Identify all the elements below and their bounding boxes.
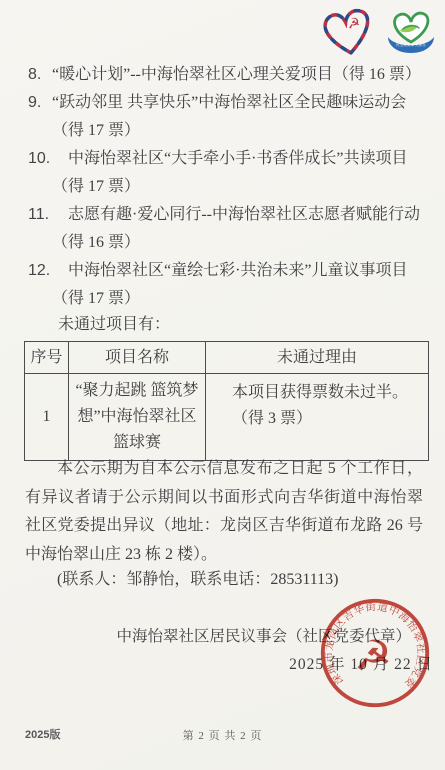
item-votes: （得 16 票）	[333, 66, 421, 83]
list-item: 9.“跃动邻里 共享快乐”中海怡翠社区全民趣味运动会 （得 17 票）	[25, 89, 431, 145]
approved-project-list: 8.“暖心计划”--中海怡翠社区心理关爱项目（得 16 票） 9.“跃动邻里 共…	[25, 61, 431, 313]
rejected-projects-heading: 未通过项目有：	[58, 311, 170, 339]
list-item: 10.中海怡翠社区“大手牵小手·书香伴成长”共读项目 （得 17 票）	[25, 145, 431, 201]
seal-emblem-icon: ☭	[354, 632, 392, 681]
item-number: 8.	[28, 61, 52, 89]
item-title: 中海怡翠社区“童绘七彩·共治未来”儿童议事项目	[68, 262, 408, 279]
item-votes: （得 16 票）	[25, 229, 431, 257]
item-number: 10.	[28, 145, 68, 173]
reason-line: 本项目获得票数未过半。	[232, 380, 424, 406]
cell-project-name: “聚力起跳 篮筑梦想”中海怡翠社区篮球赛	[69, 374, 206, 461]
footer-page-number: 第 2 页 共 2 页	[0, 727, 445, 743]
col-header-name: 项目名称	[69, 342, 206, 374]
item-votes: （得 17 票）	[25, 117, 431, 145]
col-header-reason: 未通过理由	[206, 342, 429, 374]
item-number: 9.	[28, 89, 52, 117]
item-votes: （得 17 票）	[25, 285, 431, 313]
list-item: 11.志愿有趣·爱心同行--中海怡翠社区志愿者赋能行动 （得 16 票）	[25, 201, 431, 257]
item-number: 12.	[28, 257, 68, 285]
item-title: 志愿有趣·爱心同行--中海怡翠社区志愿者赋能行动	[68, 206, 420, 223]
cell-no: 1	[25, 374, 69, 461]
party-emblem-icon: ☭	[347, 15, 362, 33]
table-header-row: 序号 项目名称 未通过理由	[25, 342, 429, 374]
list-item: 8.“暖心计划”--中海怡翠社区心理关爱项目（得 16 票）	[25, 61, 431, 89]
list-item: 12.中海怡翠社区“童绘七彩·共治未来”儿童议事项目 （得 17 票）	[25, 257, 431, 313]
item-votes: （得 17 票）	[25, 173, 431, 201]
item-title: 中海怡翠社区“大手牵小手·书香伴成长”共读项目	[68, 150, 408, 167]
item-title: “跃动邻里 共享快乐”中海怡翠社区全民趣味运动会	[52, 94, 406, 111]
table-row: 1 “聚力起跳 篮筑梦想”中海怡翠社区篮球赛 本项目获得票数未过半。 （得 3 …	[25, 374, 429, 461]
col-header-no: 序号	[25, 342, 69, 374]
rejected-projects-table: 序号 项目名称 未通过理由 1 “聚力起跳 篮筑梦想”中海怡翠社区篮球赛 本项目…	[24, 341, 429, 461]
notice-page: ☭ 民生微实事 大家办 8.“暖心计划”--中海怡翠社区心理关爱项目（得 16 …	[0, 0, 445, 770]
item-number: 11.	[28, 201, 68, 229]
official-seal-stamp: 深圳市龙岗区吉华街道中海怡翠社区党委员会 ☭	[317, 595, 433, 711]
reason-votes: （得 3 票）	[232, 406, 424, 432]
notice-paragraph: 本公示期为自本公示信息发布之日起 5 个工作日，有异议者请于公示期间以书面形式向…	[25, 455, 423, 569]
cell-reason: 本项目获得票数未过半。 （得 3 票）	[206, 374, 429, 461]
minsheng-heart-logo: 民生微实事 大家办	[382, 8, 440, 58]
party-heart-logo: ☭	[316, 5, 380, 59]
item-title: “暖心计划”--中海怡翠社区心理关爱项目	[52, 66, 333, 83]
contact-line: (联系人：邹静怡，联系电话：28531113)	[25, 566, 423, 594]
